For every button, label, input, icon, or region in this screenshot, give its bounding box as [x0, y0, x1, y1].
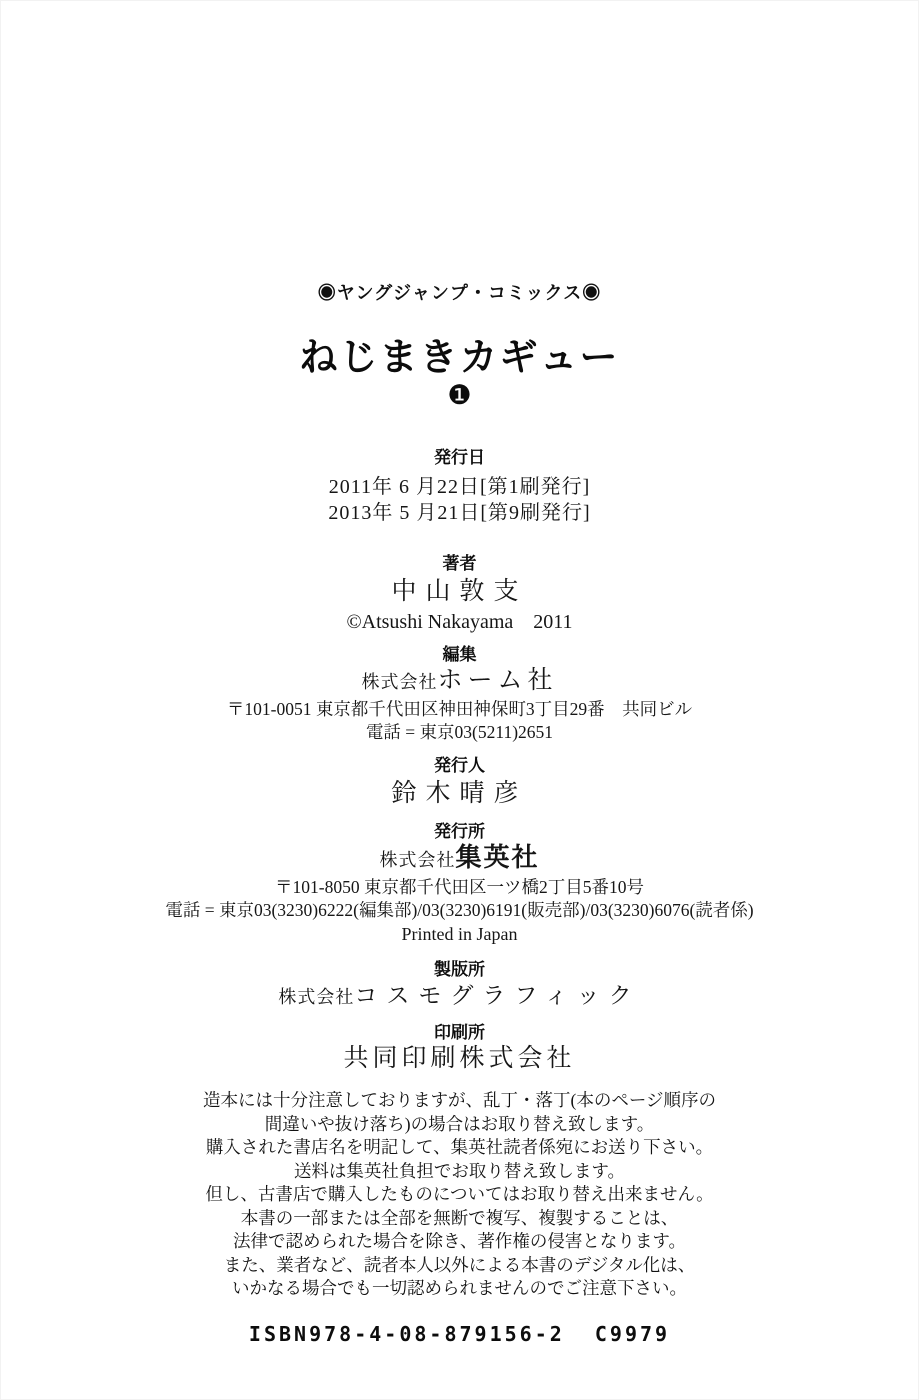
notice-line: 間違いや抜け落ち)の場合はお取り替え致します。: [1, 1113, 918, 1137]
series-label: ◉ヤングジャンプ・コミックス◉: [1, 282, 918, 304]
printing-heading: 印刷所: [1, 1022, 918, 1043]
editing-company-name: ホーム社: [437, 667, 557, 694]
isbn-line: ISBN978-4-08-879156-2 C9979: [1, 1322, 918, 1346]
notice-line: また、業者など、読者本人以外による本書のデジタル化は、: [1, 1254, 918, 1278]
printing-company: 共同印刷株式会社: [1, 1043, 918, 1075]
editing-company-prefix: 株式会社: [361, 672, 437, 692]
author-name: 中山敦支: [1, 577, 918, 607]
author-heading: 著者: [1, 553, 918, 574]
printed-in-japan: Printed in Japan: [1, 923, 918, 946]
publisher-person-name: 鈴木晴彦: [1, 779, 918, 809]
platemaking-company-prefix: 株式会社: [278, 987, 354, 1007]
publisher-address: 〒101-8050 東京都千代田区一ツ橋2丁目5番10号: [1, 876, 918, 899]
notice-line: 送料は集英社負担でお取り替え致します。: [1, 1160, 918, 1184]
publisher-company-prefix: 株式会社: [379, 850, 455, 870]
publisher-heading: 発行所: [1, 821, 918, 842]
publisher-company: 株式会社集英社: [1, 842, 918, 876]
publisher-phone: 電話 = 東京03(3230)6222(編集部)/03(3230)6191(販売…: [1, 899, 918, 922]
replacement-notice: 造本には十分注意しておりますが、乱丁・落丁(本のページ順序の 間違いや抜け落ち)…: [1, 1089, 918, 1301]
publication-dates: 2011年 6 月22日[第1刷発行] 2013年 5 月21日[第9刷発行]: [1, 474, 918, 526]
volume-number-badge: ❶: [1, 380, 918, 410]
notice-line: 本書の一部または全部を無断で複写、複製することは、: [1, 1207, 918, 1231]
editing-address: 〒101-0051 東京都千代田区神田神保町3丁目29番 共同ビル: [1, 698, 918, 721]
notice-line: 法律で認められた場合を除き、著作権の侵害となります。: [1, 1230, 918, 1254]
book-title: ねじまきカギュー: [1, 337, 918, 379]
publication-date-heading: 発行日: [1, 447, 918, 468]
notice-line: 購入された書店名を明記して、集英社読者係宛にお送り下さい。: [1, 1136, 918, 1160]
first-printing-date: 2011年 6 月22日[第1刷発行]: [1, 474, 918, 500]
editing-heading: 編集: [1, 644, 918, 665]
colophon-page: ◉ヤングジャンプ・コミックス◉ ねじまきカギュー ❶ 発行日 2011年 6 月…: [0, 0, 919, 1400]
ninth-printing-date: 2013年 5 月21日[第9刷発行]: [1, 500, 918, 526]
editing-phone: 電話 = 東京03(5211)2651: [1, 721, 918, 744]
notice-line: いかなる場合でも一切認められませんのでご注意下さい。: [1, 1277, 918, 1301]
editing-company: 株式会社ホーム社: [1, 665, 918, 698]
platemaking-company-name: コスモグラフィック: [354, 983, 640, 1008]
publisher-company-name: 集英社: [455, 843, 539, 872]
copyright-line: ©Atsushi Nakayama 2011: [1, 610, 918, 634]
platemaking-heading: 製版所: [1, 959, 918, 980]
notice-line: 但し、古書店で購入したものについてはお取り替え出来ません。: [1, 1183, 918, 1207]
publisher-person-heading: 発行人: [1, 755, 918, 776]
notice-line: 造本には十分注意しておりますが、乱丁・落丁(本のページ順序の: [1, 1089, 918, 1113]
platemaking-company: 株式会社コスモグラフィック: [1, 980, 918, 1013]
